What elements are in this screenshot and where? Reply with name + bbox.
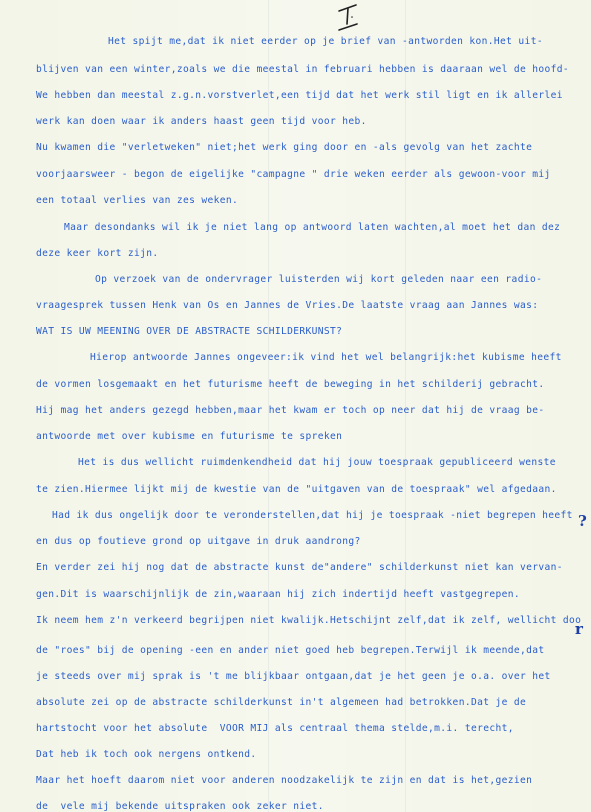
typed-line: Het is dus wellicht ruimdenkendheid dat … xyxy=(78,457,556,469)
typed-line: We hebben dan meestal z.g.n.vorstverlet,… xyxy=(36,90,563,102)
typed-line: de "roes" bij de opening -een en ander n… xyxy=(36,645,544,657)
typed-line: en dus op foutieve grond op uitgave in d… xyxy=(36,536,361,548)
question-mark-correction-icon: ? xyxy=(578,512,587,530)
typed-line: een totaal verlies van zes weken. xyxy=(36,195,238,207)
typed-line: werk kan doen waar ik anders haast geen … xyxy=(36,116,367,128)
typed-line: WAT IS UW MEENING OVER DE ABSTRACTE SCHI… xyxy=(36,326,342,338)
typed-line: Hierop antwoorde Jannes ongeveer:ik vind… xyxy=(90,352,562,364)
page-number-marker: I xyxy=(330,2,366,32)
typed-line: te zien.Hiermee lijkt mij de kwestie van… xyxy=(36,484,557,496)
typed-line: Dat heb ik toch ook nergens ontkend. xyxy=(36,749,257,761)
r-correction-icon: r xyxy=(575,620,583,638)
typed-line: Ik neem hem z'n verkeerd begrijpen niet … xyxy=(36,615,581,627)
typed-line: vraagesprek tussen Henk van Os en Jannes… xyxy=(36,300,538,312)
typed-line: deze keer kort zijn. xyxy=(36,248,159,260)
typed-line: je steeds over mij sprak is 't me blijkb… xyxy=(36,671,551,683)
typed-line: hartstocht voor het absolute VOOR MIJ al… xyxy=(36,723,514,735)
typewritten-letter-page: I Het spijt me,dat ik niet eerder op je … xyxy=(0,0,591,812)
typed-line: Maar desondanks wil ik je niet lang op a… xyxy=(64,222,560,234)
typed-line: absolute zei op de abstracte schilderkun… xyxy=(36,697,526,709)
typed-line: Op verzoek van de ondervrager luisterden… xyxy=(95,274,542,286)
typed-line: Had ik dus ongelijk door te veronderstel… xyxy=(52,510,573,522)
typed-line: En verder zei hij nog dat de abstracte k… xyxy=(36,562,563,574)
typed-line: voorjaarsweer - begon de eigelijke "camp… xyxy=(36,169,551,181)
typed-line: Het spijt me,dat ik niet eerder op je br… xyxy=(108,36,543,48)
typed-line: de vormen losgemaakt en het futurisme he… xyxy=(36,379,544,391)
typed-line: Hij mag het anders gezegd hebben,maar he… xyxy=(36,405,544,417)
typed-line: Maar het hoeft daarom niet voor anderen … xyxy=(36,775,532,787)
typed-line: blijven van een winter,zoals we die mees… xyxy=(36,64,569,76)
typed-line: de vele mij bekende uitspraken ook zeker… xyxy=(36,801,324,812)
typed-line: antwoorde met over kubisme en futurisme … xyxy=(36,431,342,443)
typed-line: Nu kwamen die "verletweken" niet;het wer… xyxy=(36,142,532,154)
handwritten-roman-one-icon xyxy=(330,2,366,32)
typed-line: gen.Dit is waarschijnlijk de zin,waaraan… xyxy=(36,589,520,601)
